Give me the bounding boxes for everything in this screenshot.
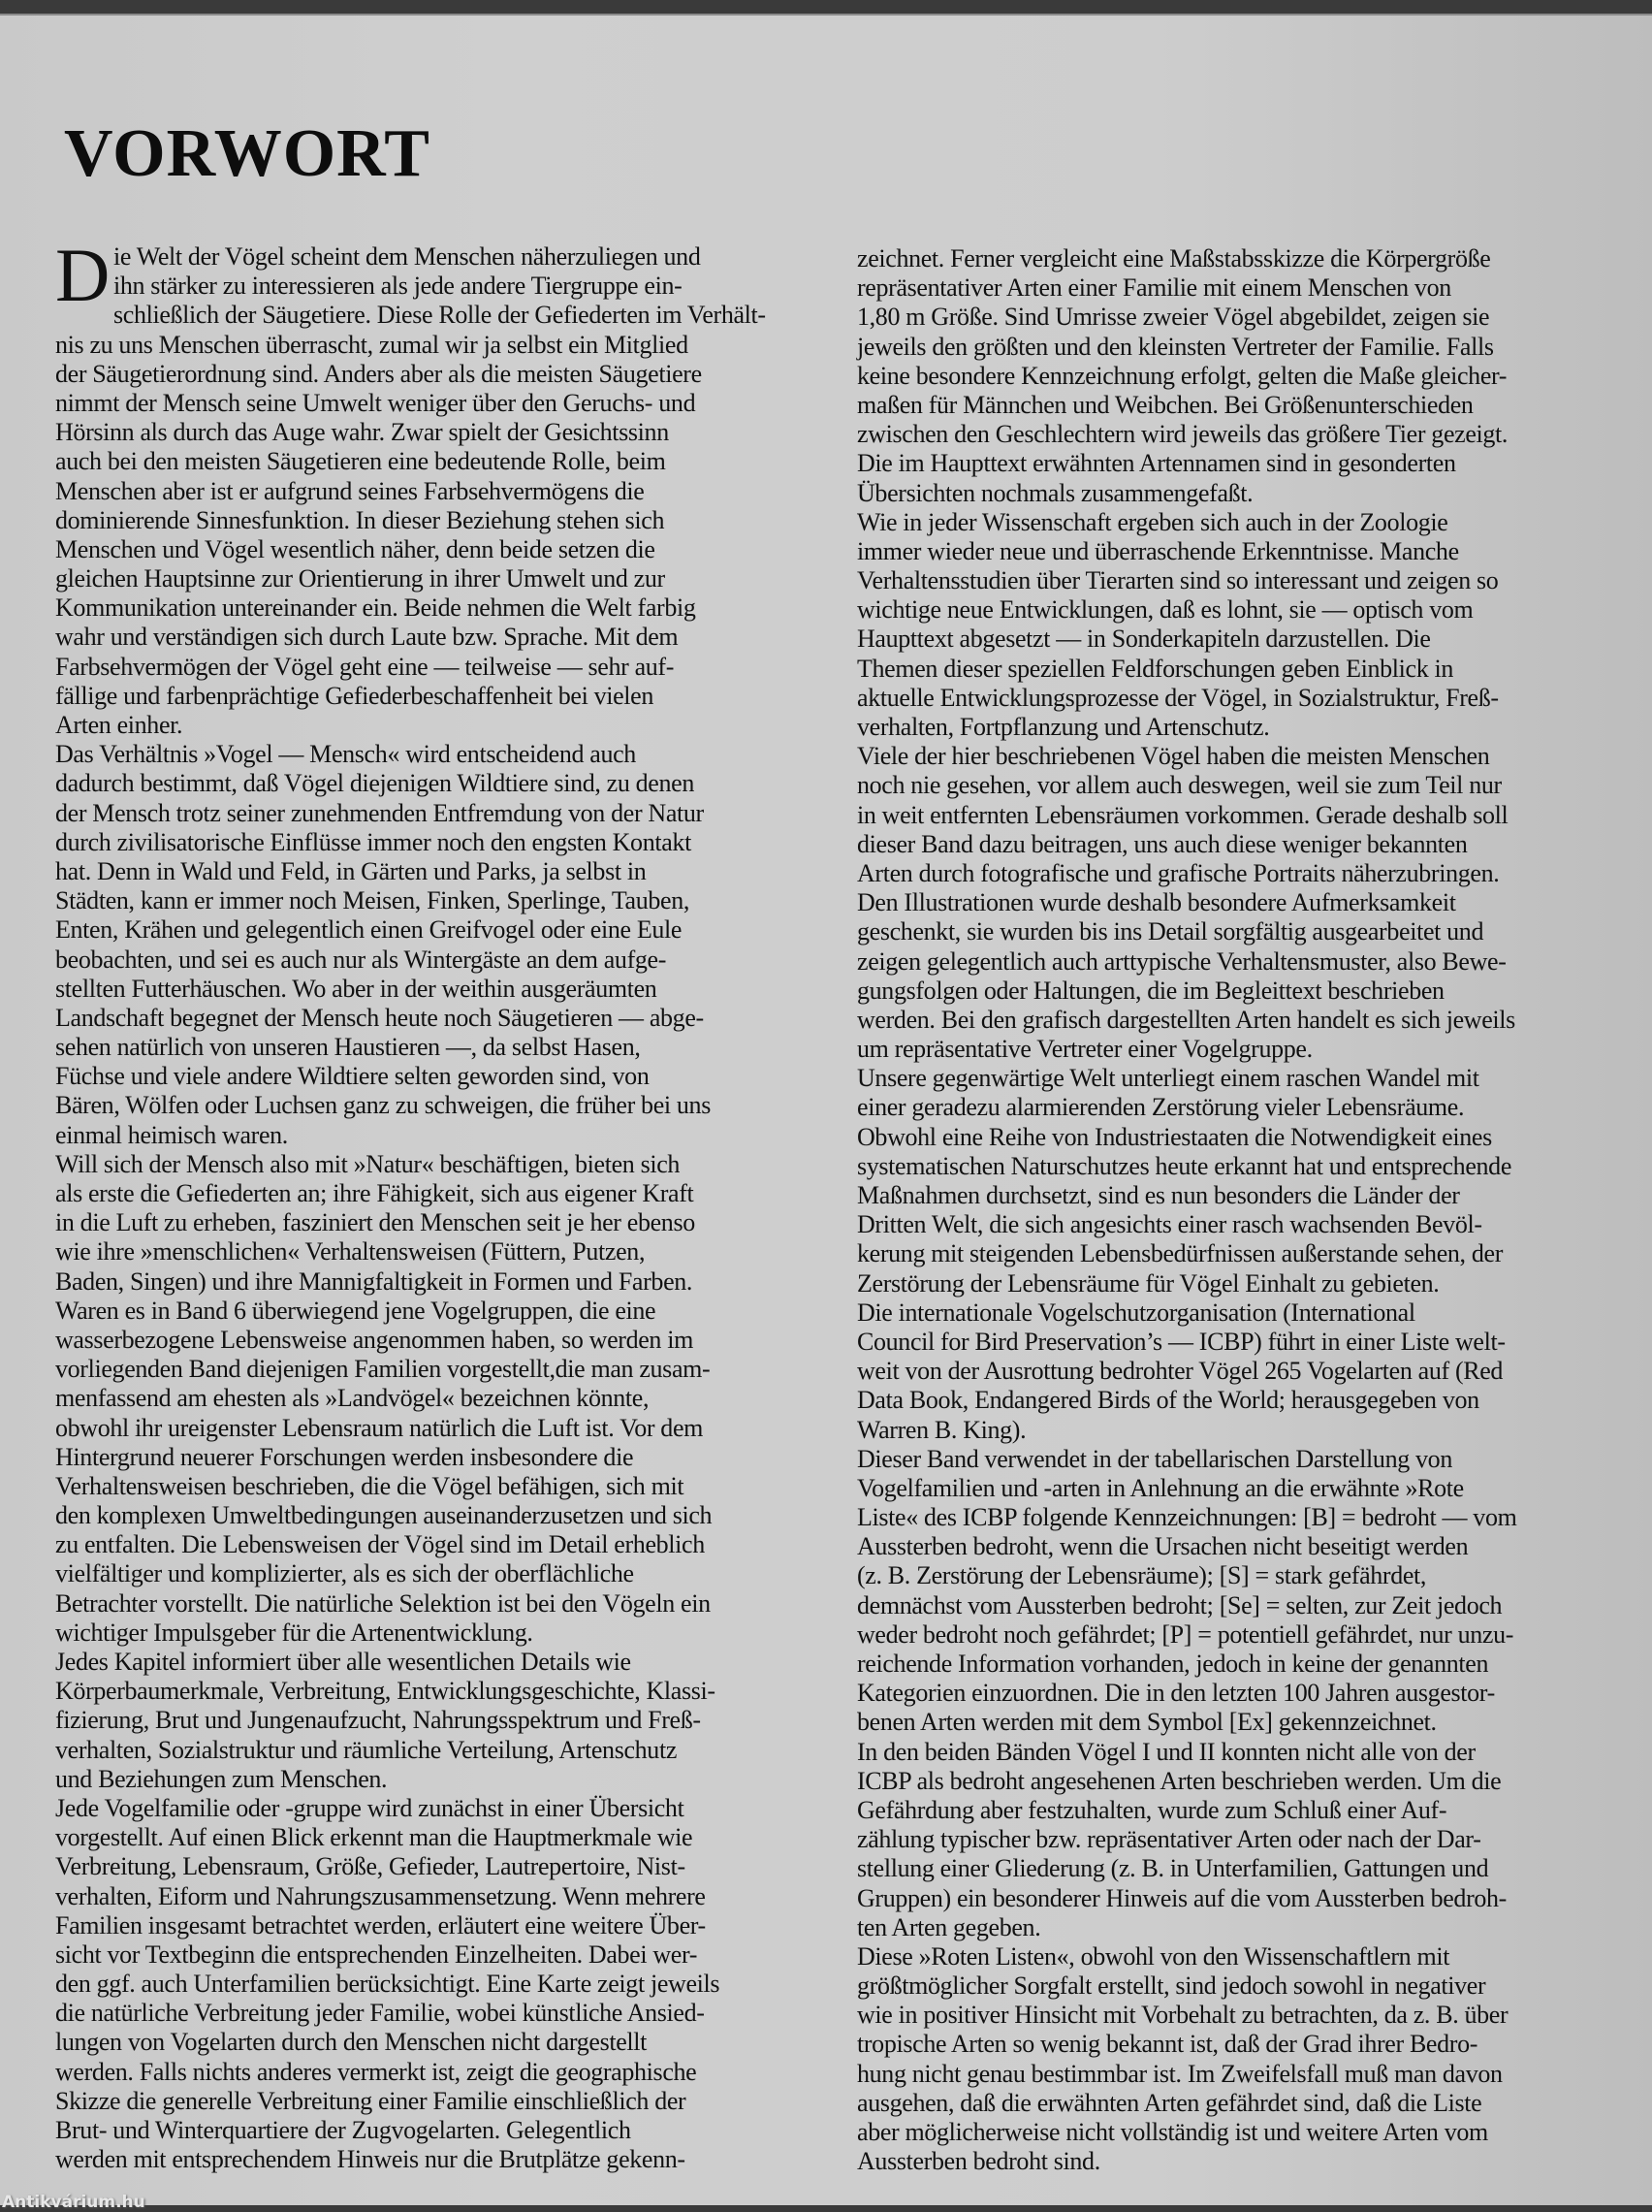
text-line: zählung typischer bzw. repräsentativer A… [857, 1825, 1623, 1854]
text-line: stellten Futterhäuschen. Wo aber in der … [55, 975, 821, 1004]
text-line: Verbreitung, Lebensraum, Größe, Gefieder… [55, 1852, 821, 1881]
text-line: weder bedroht noch gefährdet; [P] = pote… [857, 1620, 1623, 1650]
text-line: Enten, Krähen und gelegentlich einen Gre… [55, 915, 821, 945]
text-line: sicht vor Textbeginn die entsprechenden … [55, 1940, 821, 1970]
text-line: in die Luft zu erheben, fasziniert den M… [55, 1208, 821, 1237]
right-column: zeichnet. Ferner vergleicht eine Maßstab… [857, 244, 1623, 2176]
text-line: fällige und farbenprächtige Gefiederbesc… [55, 682, 821, 711]
text-line: Jedes Kapitel informiert über alle wesen… [55, 1648, 821, 1677]
text-line: zeigen gelegentlich auch arttypische Ver… [857, 947, 1623, 977]
text-line: Haupttext abgesetzt — in Sonderkapiteln … [857, 625, 1623, 654]
text-line: demnächst vom Aussterben bedroht; [Se] =… [857, 1591, 1623, 1620]
text-line: verhalten, Fortpflanzung und Artenschutz… [857, 713, 1623, 742]
text-line: schließlich der Säugetiere. Diese Rolle … [55, 301, 821, 330]
text-line: lungen von Vogelarten durch den Menschen… [55, 2028, 821, 2057]
text-line: stellung einer Gliederung (z. B. in Unte… [857, 1854, 1623, 1883]
text-line: Warren B. King). [857, 1416, 1623, 1445]
text-line: Das Verhältnis »Vogel — Mensch« wird ent… [55, 740, 821, 769]
text-line: wie in positiver Hinsicht mit Vorbehalt … [857, 2001, 1623, 2030]
text-line: systematischen Naturschutzes heute erkan… [857, 1152, 1623, 1181]
text-line: Council for Bird Preservation’s — ICBP) … [857, 1328, 1623, 1357]
text-line: obwohl ihr ureigenster Lebensraum natürl… [55, 1414, 821, 1443]
text-line: werden. Falls nichts anderes vermerkt is… [55, 2058, 821, 2087]
text-line: vielfältiger und komplizierter, als es s… [55, 1559, 821, 1588]
text-line: beobachten, und sei es auch nur als Wint… [55, 946, 821, 975]
text-line: gleichen Hauptsinne zur Orientierung in … [55, 564, 821, 593]
text-line: und Beziehungen zum Menschen. [55, 1765, 821, 1794]
text-line: der Säugetierordnung sind. Anders aber a… [55, 360, 821, 389]
text-line: ICBP als bedroht angesehenen Arten besch… [857, 1767, 1623, 1796]
text-line: Jede Vogelfamilie oder -gruppe wird zunä… [55, 1794, 821, 1823]
text-line: in weit entfernten Lebensräumen vorkomme… [857, 801, 1623, 830]
text-line: Wie in jeder Wissenschaft ergeben sich a… [857, 508, 1623, 537]
text-line: Arten einher. [55, 711, 821, 740]
text-line: größtmöglicher Sorgfalt erstellt, sind j… [857, 1972, 1623, 2001]
text-line: Betrachter vorstellt. Die natürliche Sel… [55, 1589, 821, 1619]
text-line: keine besondere Kennzeichnung erfolgt, g… [857, 362, 1623, 391]
text-line: wichtiger Impulsgeber für die Artenentwi… [55, 1619, 821, 1648]
text-line: Verhaltensstudien über Tierarten sind so… [857, 566, 1623, 595]
text-line: Landschaft begegnet der Mensch heute noc… [55, 1004, 821, 1033]
text-line: Bären, Wölfen oder Luchsen ganz zu schwe… [55, 1091, 821, 1120]
text-line: ausgehen, daß die erwähnten Arten gefähr… [857, 2089, 1623, 2118]
text-line: menfassend am ehesten als »Landvögel« be… [55, 1384, 821, 1413]
text-line: vorliegenden Band diejenigen Familien vo… [55, 1355, 821, 1384]
text-line: der Mensch trotz seiner zunehmenden Entf… [55, 799, 821, 828]
text-line: Brut- und Winterquartiere der Zugvogelar… [55, 2116, 821, 2145]
text-line: Obwohl eine Reihe von Industriestaaten d… [857, 1123, 1623, 1152]
text-line: Unsere gegenwärtige Welt unterliegt eine… [857, 1064, 1623, 1093]
text-line: Menschen und Vögel wesentlich näher, den… [55, 535, 821, 564]
text-line: Skizze die generelle Verbreitung einer F… [55, 2087, 821, 2116]
text-line: noch nie gesehen, vor allem auch deswege… [857, 771, 1623, 800]
text-line: Viele der hier beschriebenen Vögel haben… [857, 742, 1623, 771]
text-line: werden mit entsprechendem Hinweis nur di… [55, 2145, 821, 2174]
text-line: Familien insgesamt betrachtet werden, er… [55, 1911, 821, 1940]
left-column-text: ie Welt der Vögel scheint dem Menschen n… [55, 242, 821, 2174]
text-line: einer geradezu alarmierenden Zerstörung … [857, 1093, 1623, 1122]
text-line: Baden, Singen) und ihre Mannigfaltigkeit… [55, 1267, 821, 1297]
text-line: Data Book, Endangered Birds of the World… [857, 1386, 1623, 1415]
text-line: immer wieder neue und überraschende Erke… [857, 537, 1623, 566]
text-line: Gefährdung aber festzuhalten, wurde zum … [857, 1796, 1623, 1825]
page-title: VORWORT [64, 115, 430, 193]
text-line: wie ihre »menschlichen« Verhaltensweisen… [55, 1237, 821, 1266]
text-line: reichende Information vorhanden, jedoch … [857, 1650, 1623, 1679]
text-line: Liste« des ICBP folgende Kennzeichnungen… [857, 1503, 1623, 1532]
drop-cap: D [55, 245, 110, 305]
text-line: wasserbezogene Lebensweise angenommen ha… [55, 1326, 821, 1355]
text-line: ihn stärker zu interessieren als jede an… [55, 272, 821, 301]
text-line: wichtige neue Entwicklungen, daß es lohn… [857, 595, 1623, 625]
text-line: benen Arten werden mit dem Symbol [Ex] g… [857, 1708, 1623, 1737]
text-line: Kommunikation untereinander ein. Beide n… [55, 593, 821, 623]
text-line: aber möglicherweise nicht vollständig is… [857, 2118, 1623, 2147]
book-page: VORWORT D ie Welt der Vögel scheint dem … [0, 14, 1652, 2203]
text-line: Gruppen) ein besonderer Hinweis auf die … [857, 1884, 1623, 1913]
text-line: zwischen den Geschlechtern wird jeweils … [857, 420, 1623, 449]
text-line: (z. B. Zerstörung der Lebensräume); [S] … [857, 1561, 1623, 1590]
text-line: gungsfolgen oder Haltungen, die im Begle… [857, 977, 1623, 1006]
text-line: Den Illustrationen wurde deshalb besonde… [857, 888, 1623, 917]
text-line: vorgestellt. Auf einen Blick erkennt man… [55, 1823, 821, 1852]
text-line: Aussterben bedroht, wenn die Ursachen ni… [857, 1532, 1623, 1561]
text-line: Hintergrund neuerer Forschungen werden i… [55, 1443, 821, 1472]
text-line: kerung mit steigenden Lebensbedürfnissen… [857, 1239, 1623, 1268]
text-line: zeichnet. Ferner vergleicht eine Maßstab… [857, 244, 1623, 273]
text-line: nis zu uns Menschen überrascht, zumal wi… [55, 331, 821, 360]
text-line: hung nicht genau bestimmbar ist. Im Zwei… [857, 2060, 1623, 2089]
text-line: jeweils den größten und den kleinsten Ve… [857, 333, 1623, 362]
text-line: Diese »Roten Listen«, obwohl von den Wis… [857, 1942, 1623, 1972]
text-line: 1,80 m Größe. Sind Umrisse zweier Vögel … [857, 303, 1623, 332]
text-line: tropische Arten so wenig bekannt ist, da… [857, 2030, 1623, 2059]
right-column-text: zeichnet. Ferner vergleicht eine Maßstab… [857, 244, 1623, 2176]
text-line: dadurch bestimmt, daß Vögel diejenigen W… [55, 769, 821, 798]
text-line: einmal heimisch waren. [55, 1121, 821, 1150]
text-line: repräsentativer Arten einer Familie mit … [857, 273, 1623, 303]
text-line: maßen für Männchen und Weibchen. Bei Grö… [857, 391, 1623, 420]
text-line: hat. Denn in Wald und Feld, in Gärten un… [55, 857, 821, 886]
text-line: Füchse und viele andere Wildtiere selten… [55, 1062, 821, 1091]
text-line: weit von der Ausrottung bedrohter Vögel … [857, 1357, 1623, 1386]
text-line: Dritten Welt, die sich angesichts einer … [857, 1210, 1623, 1239]
text-line: Übersichten nochmals zusammengefaßt. [857, 479, 1623, 508]
text-line: wahr und verständigen sich durch Laute b… [55, 623, 821, 652]
text-line: Aussterben bedroht sind. [857, 2147, 1623, 2176]
text-line: verhalten, Sozialstruktur und räumliche … [55, 1736, 821, 1765]
text-line: aktuelle Entwicklungsprozesse der Vögel,… [857, 684, 1623, 713]
text-line: Die internationale Vogelschutzorganisati… [857, 1298, 1623, 1328]
text-line: Körperbaumerkmale, Verbreitung, Entwickl… [55, 1677, 821, 1706]
text-line: durch zivilisatorische Einflüsse immer n… [55, 828, 821, 857]
text-line: sehen natürlich von unseren Haustieren —… [55, 1033, 821, 1062]
watermark: Antikvárium.hu [2, 2193, 145, 2203]
text-line: Farbsehvermögen der Vögel geht eine — te… [55, 653, 821, 682]
left-column: D ie Welt der Vögel scheint dem Menschen… [55, 242, 821, 2174]
text-line: die natürliche Verbreitung jeder Familie… [55, 1999, 821, 2028]
text-line: den ggf. auch Unterfamilien berücksichti… [55, 1970, 821, 1999]
text-line: dominierende Sinnesfunktion. In dieser B… [55, 506, 821, 535]
text-line: den komplexen Umweltbedingungen auseinan… [55, 1501, 821, 1530]
text-line: Waren es in Band 6 überwiegend jene Voge… [55, 1297, 821, 1326]
text-line: um repräsentative Vertreter einer Vogelg… [857, 1035, 1623, 1064]
text-line: ie Welt der Vögel scheint dem Menschen n… [55, 242, 821, 272]
text-line: Arten durch fotografische und grafische … [857, 859, 1623, 888]
text-line: nimmt der Mensch seine Umwelt weniger üb… [55, 389, 821, 418]
text-line: werden. Bei den grafisch dargestellten A… [857, 1006, 1623, 1035]
text-line: Menschen aber ist er aufgrund seines Far… [55, 477, 821, 506]
text-line: zu entfalten. Die Lebensweisen der Vögel… [55, 1530, 821, 1559]
text-line: Hörsinn als durch das Auge wahr. Zwar sp… [55, 418, 821, 447]
text-line: Themen dieser speziellen Feldforschungen… [857, 655, 1623, 684]
text-line: Will sich der Mensch also mit »Natur« be… [55, 1150, 821, 1179]
text-line: Maßnahmen durchsetzt, sind es nun besond… [857, 1181, 1623, 1210]
text-line: Kategorien einzuordnen. Die in den letzt… [857, 1679, 1623, 1708]
text-line: geschenkt, sie wurden bis ins Detail sor… [857, 917, 1623, 946]
text-line: Zerstörung der Lebensräume für Vögel Ein… [857, 1269, 1623, 1298]
text-line: verhalten, Eiform und Nahrungszusammense… [55, 1882, 821, 1911]
text-line: ten Arten gegeben. [857, 1913, 1623, 1942]
text-line: auch bei den meisten Säugetieren eine be… [55, 447, 821, 476]
text-line: Verhaltensweisen beschrieben, die die Vö… [55, 1472, 821, 1501]
text-line: fizierung, Brut und Jungenaufzucht, Nahr… [55, 1706, 821, 1735]
text-line: Städten, kann er immer noch Meisen, Fink… [55, 886, 821, 915]
text-line: Die im Haupttext erwähnten Artennamen si… [857, 449, 1623, 478]
text-line: Vogelfamilien und -arten in Anlehnung an… [857, 1474, 1623, 1503]
text-line: als erste die Gefiederten an; ihre Fähig… [55, 1179, 821, 1208]
text-line: dieser Band dazu beitragen, uns auch die… [857, 830, 1623, 859]
text-line: Dieser Band verwendet in der tabellarisc… [857, 1445, 1623, 1474]
text-line: In den beiden Bänden Vögel I und II konn… [857, 1738, 1623, 1767]
